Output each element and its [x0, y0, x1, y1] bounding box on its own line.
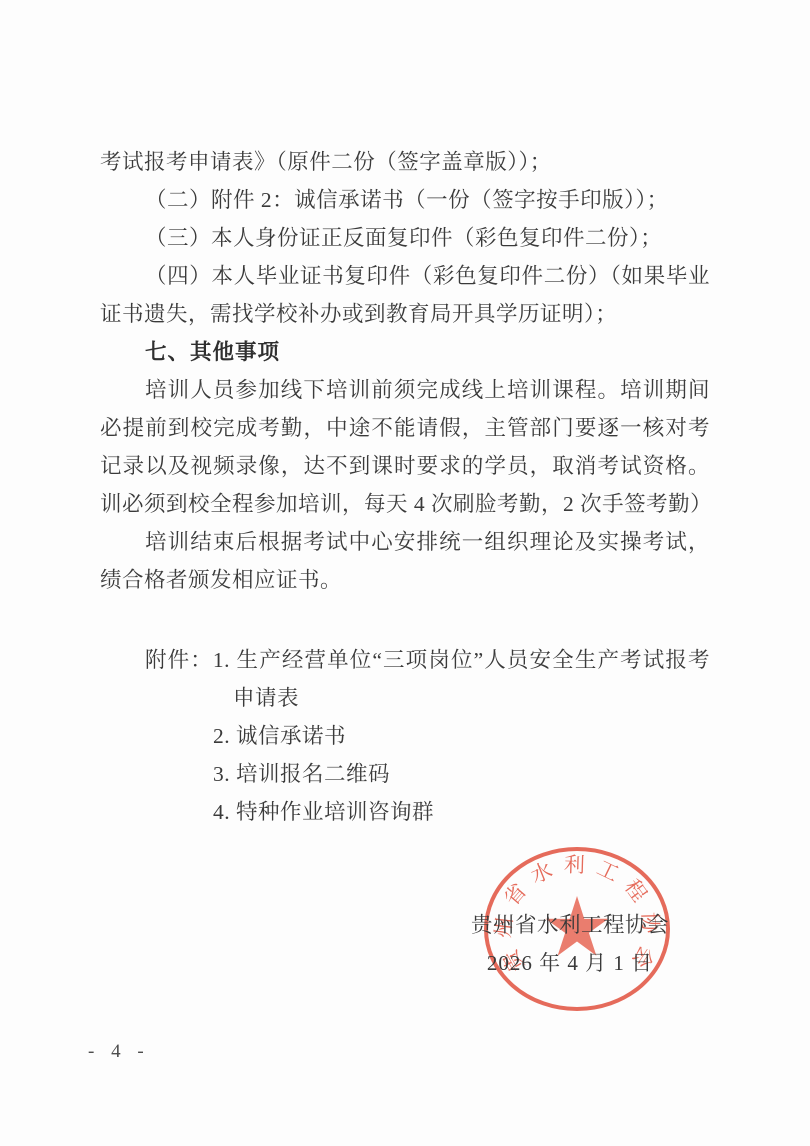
body-line: 考试报考申请表》（原件二份（签字盖章版））； — [100, 143, 710, 181]
body-line: 培训人员参加线下培训前须完成线上培训课程。培训期间务 — [145, 371, 710, 409]
attachments-first-line: 附件：1. 生产经营单位“三项岗位”人员安全生产考试报考 — [145, 641, 710, 679]
body-line: 证书遗失，需找学校补办或到教育局开具学历证明）； — [100, 295, 710, 333]
attachment-item-3: 3. 培训报名二维码 — [213, 755, 710, 793]
document-page: 考试报考申请表》（原件二份（签字盖章版））； （二）附件 2：诚信承诺书（一份（… — [0, 0, 810, 1146]
body-line: 训必须到校全程参加培训，每天 4 次刷脸考勤，2 次手签考勤） — [100, 485, 710, 523]
signature-date: 2026 年 4 月 1 日 — [420, 944, 720, 982]
section-heading: 七、其他事项 — [145, 333, 710, 371]
body-line: 记录以及视频录像，达不到课时要求的学员，取消考试资格。（培 — [100, 447, 710, 485]
body-line: 必提前到校完成考勤，中途不能请假，主管部门要逐一核对考勤 — [100, 409, 710, 447]
attachment-item-1-continuation: 申请表 — [233, 679, 710, 717]
page-number: - 4 - — [88, 1038, 150, 1066]
body-line: 培训结束后根据考试中心安排统一组织理论及实操考试，成 — [145, 523, 710, 561]
body-line: （二）附件 2：诚信承诺书（一份（签字按手印版））； — [145, 181, 710, 219]
signature-organization: 贵州省水利工程协会 — [420, 906, 720, 944]
body-line: （三）本人身份证正反面复印件（彩色复印件二份）； — [145, 219, 710, 257]
body-line: 绩合格者颁发相应证书。 — [100, 561, 710, 599]
body-line: （四）本人毕业证书复印件（彩色复印件二份）（如果毕业 — [145, 257, 710, 295]
attachment-item-1: 1. 生产经营单位“三项岗位”人员安全生产考试报考 — [213, 648, 710, 672]
attachments-label: 附件： — [145, 648, 213, 672]
attachment-item-2: 2. 诚信承诺书 — [213, 717, 710, 755]
document-body: 考试报考申请表》（原件二份（签字盖章版））； （二）附件 2：诚信承诺书（一份（… — [0, 0, 810, 831]
attachment-item-4: 4. 特种作业培训咨询群 — [213, 793, 710, 831]
signature-block: 贵州省水利工程协会 2026 年 4 月 1 日 — [420, 906, 720, 982]
